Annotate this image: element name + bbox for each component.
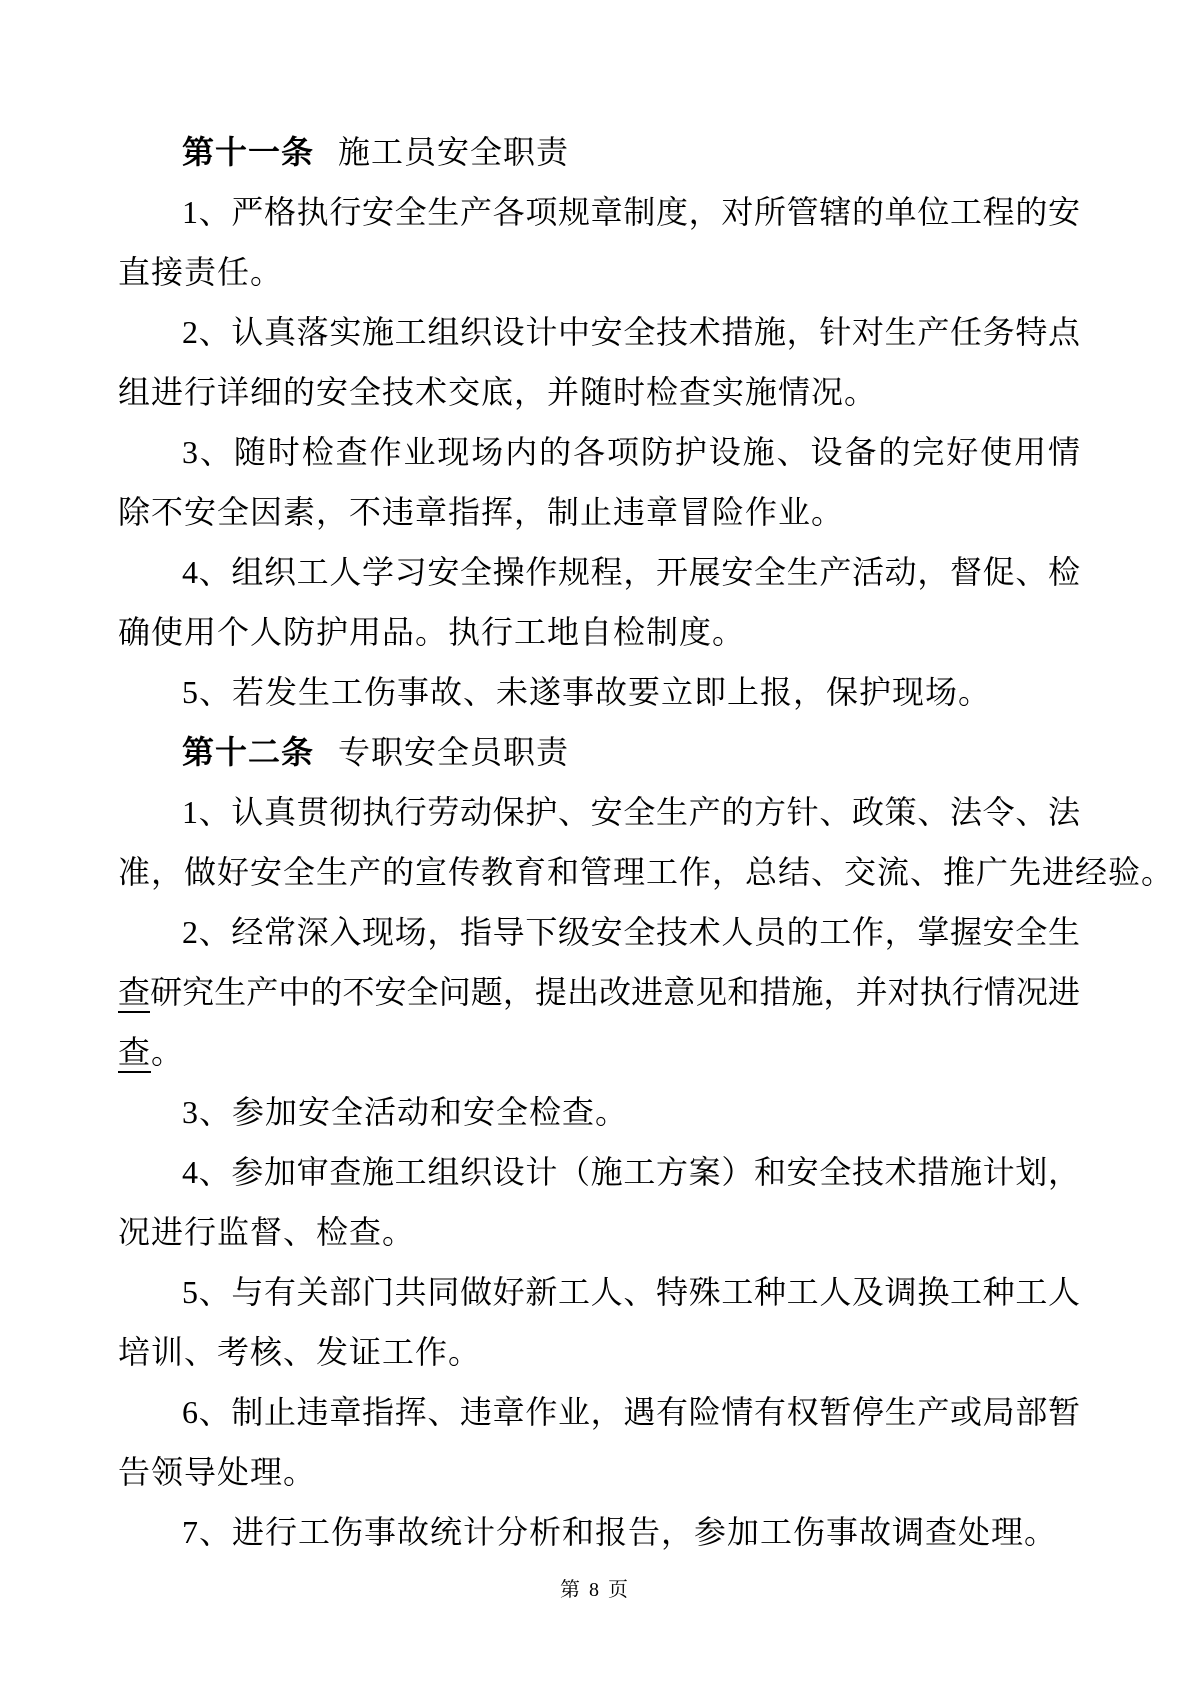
paragraph-line: 7、进行工伤事故统计分析和报告，参加工伤事故调查处理。 — [118, 1502, 1080, 1562]
line-text: 研究生产中的不安全问题，提出改进意见和措施，并对执行情况进行监督检 — [118, 974, 1080, 1022]
article-12-title: 专职安全员职责 — [338, 734, 569, 770]
paragraph-line: 除不安全因素，不违章指挥，制止违章冒险作业。 — [118, 482, 1080, 542]
paragraph-line: 5、与有关部门共同做好新工人、特殊工种工人及调换工种工人的安全技术 — [118, 1262, 1080, 1322]
underlined-character: 查 — [118, 1034, 151, 1073]
article-12-heading: 第十二条专职安全员职责 — [118, 722, 1080, 782]
paragraph-line: 2、经常深入现场，指导下级安全技术人员的工作，掌握安全生产情况，调 — [118, 902, 1080, 962]
document-body: 第十一条施工员安全职责 1、严格执行安全生产各项规章制度，对所管辖的单位工程的安… — [118, 122, 1080, 1562]
paragraph-line: 准，做好安全生产的宣传教育和管理工作，总结、交流、推广先进经验。 — [118, 842, 1080, 902]
article-11-title: 施工员安全职责 — [338, 134, 569, 170]
paragraph-line: 组进行详细的安全技术交底，并随时检查实施情况。 — [118, 362, 1080, 422]
article-12-number: 第十二条 — [182, 734, 314, 770]
paragraph-line: 查研究生产中的不安全问题，提出改进意见和措施，并对执行情况进行监督检 — [118, 962, 1080, 1022]
paragraph-line: 6、制止违章指挥、违章作业，遇有险情有权暂停生产或局部暂停并及时报 — [118, 1382, 1080, 1442]
paragraph-line: 培训、考核、发证工作。 — [118, 1322, 1080, 1382]
line-text: 。 — [151, 1034, 184, 1070]
article-11-heading: 第十一条施工员安全职责 — [118, 122, 1080, 182]
article-11-number: 第十一条 — [182, 134, 314, 170]
paragraph-line: 4、组织工人学习安全操作规程，开展安全生产活动，督促、检查工人正 — [118, 542, 1080, 602]
paragraph-line: 1、严格执行安全生产各项规章制度，对所管辖的单位工程的安全生产负 — [118, 182, 1080, 242]
paragraph-line: 告领导处理。 — [118, 1442, 1080, 1502]
paragraph-line: 4、参加审查施工组织设计（施工方案）和安全技术措施计划，并对实施情 — [118, 1142, 1080, 1202]
paragraph-line: 3、随时检查作业现场内的各项防护设施、设备的完好使用情况，随时消 — [118, 422, 1080, 482]
paragraph-line: 确使用个人防护用品。执行工地自检制度。 — [118, 602, 1080, 662]
paragraph-line: 1、认真贯彻执行劳动保护、安全生产的方针、政策、法令、法规、规范标 — [118, 782, 1080, 842]
paragraph-line: 3、参加安全活动和安全检查。 — [118, 1082, 1080, 1142]
paragraph-line: 2、认真落实施工组织设计中安全技术措施，针对生产任务特点向作业班 — [118, 302, 1080, 362]
paragraph-line: 况进行监督、检查。 — [118, 1202, 1080, 1262]
underlined-character: 查 — [118, 974, 150, 1013]
paragraph-line: 查。 — [118, 1022, 1080, 1082]
paragraph-line: 直接责任。 — [118, 242, 1080, 302]
page-number: 第 8 页 — [0, 1578, 1190, 1602]
paragraph-line: 5、若发生工伤事故、未遂事故要立即上报，保护现场。 — [118, 662, 1080, 722]
document-page: { "document": { "language": "zh-CN", "te… — [0, 0, 1190, 1683]
